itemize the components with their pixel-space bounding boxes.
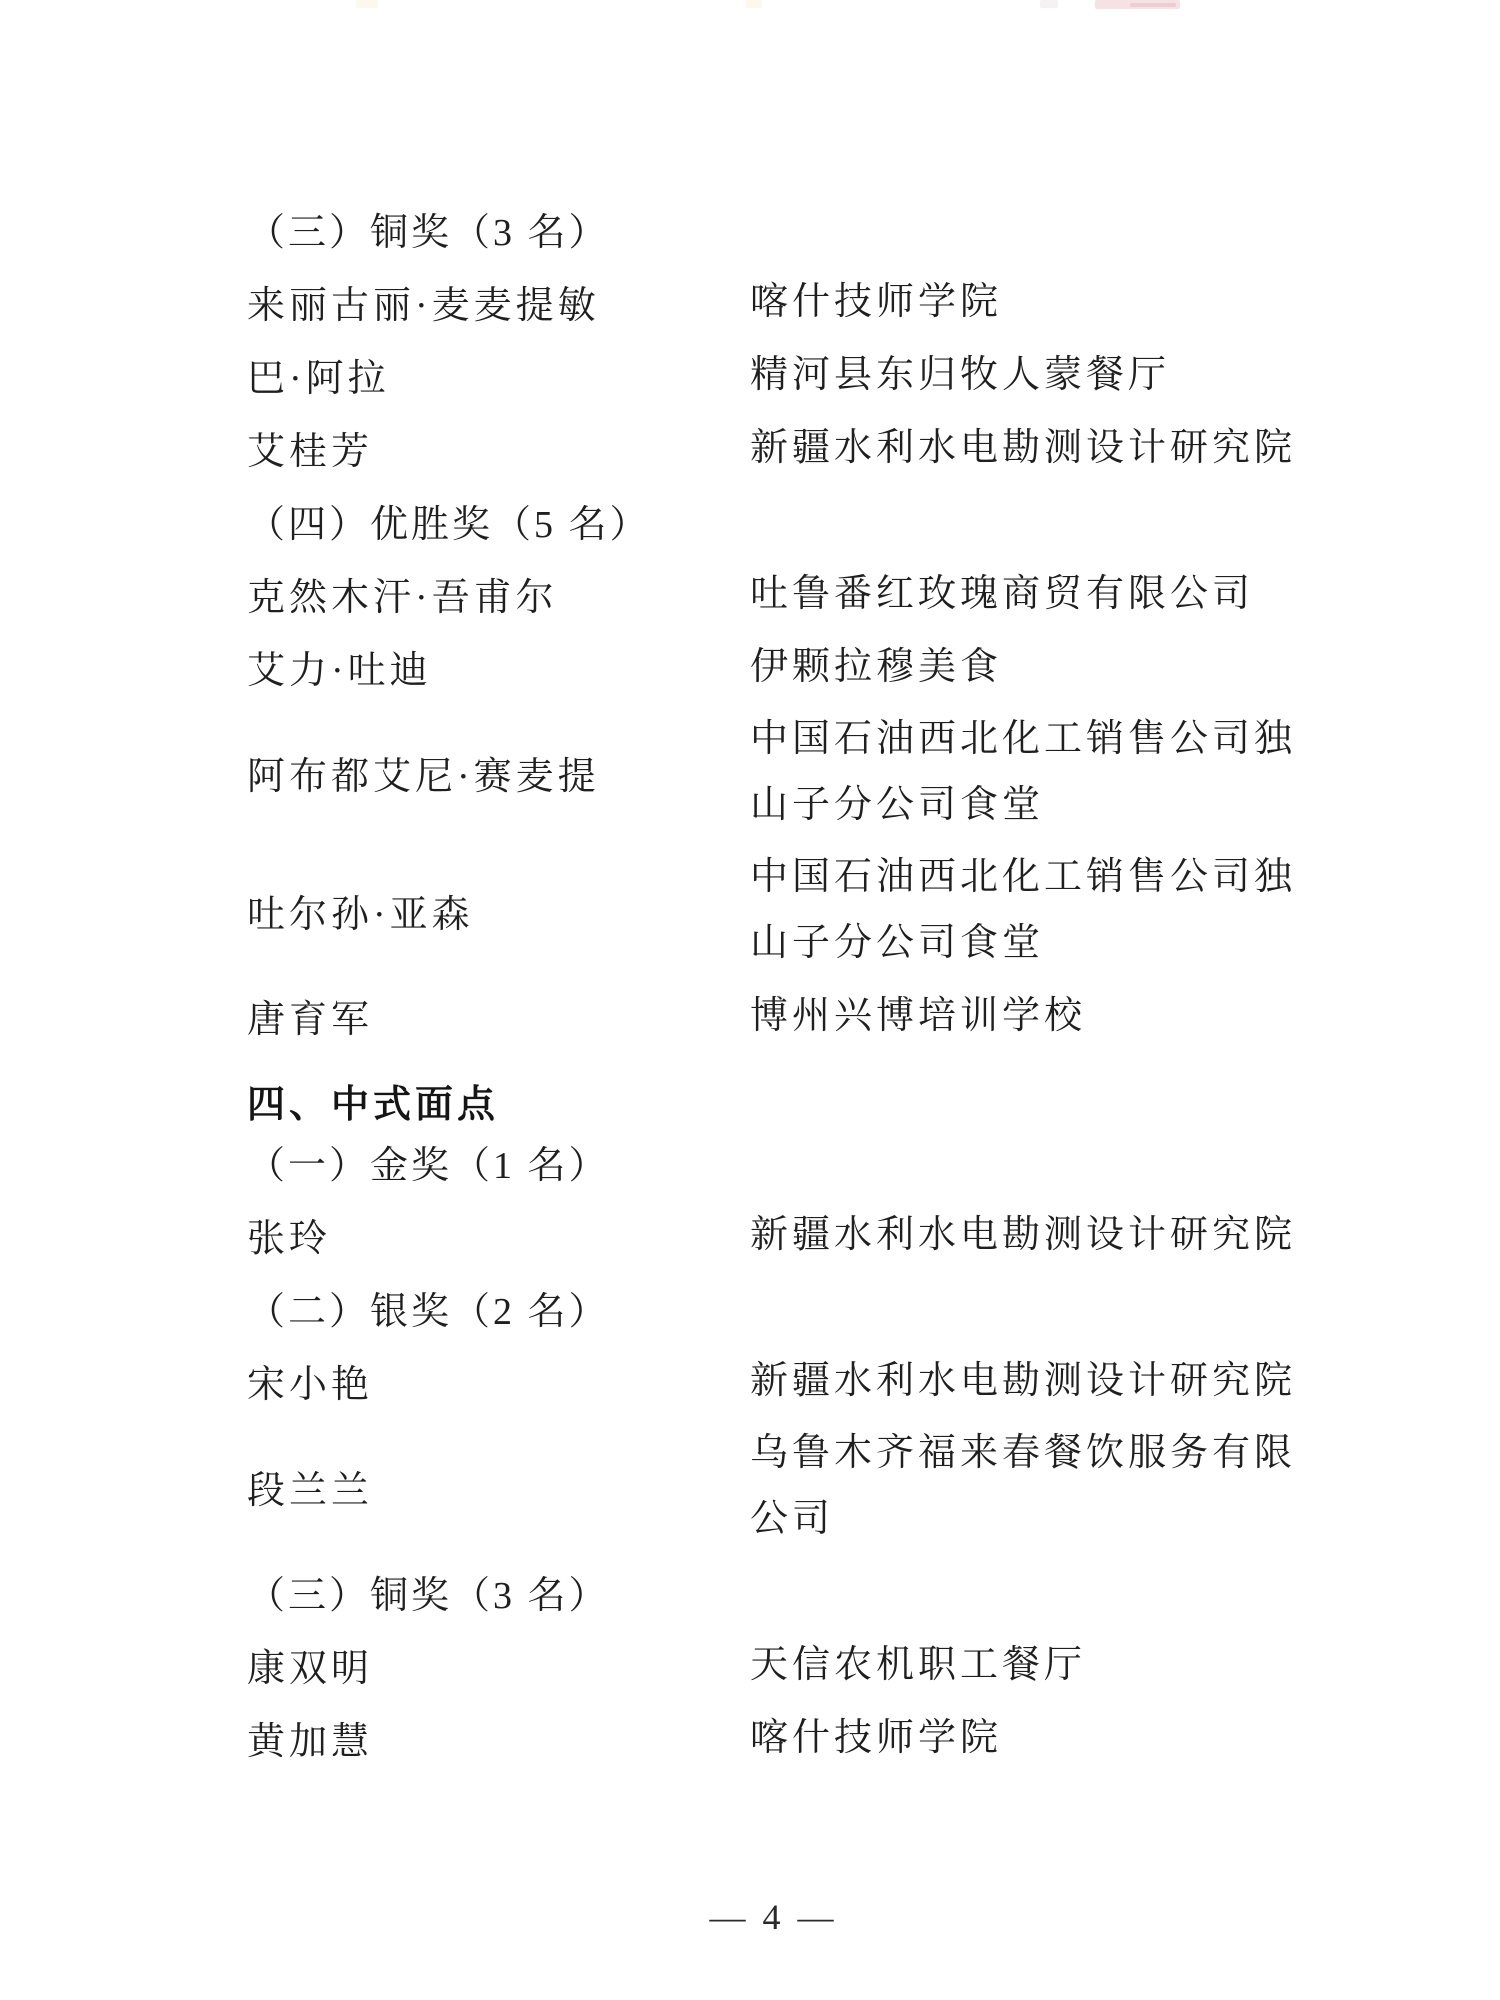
winner-organization: 吐鲁番红玫瑰商贸有限公司 — [750, 558, 1300, 630]
scan-artifact — [356, 0, 378, 8]
award-row: 唐育军 博州兴博培训学校 — [247, 979, 1300, 1052]
winner-name: 来丽古丽·麦麦提敏 — [247, 274, 750, 329]
winner-organization: 中国石油西北化工销售公司独 山子分公司食堂 — [750, 841, 1300, 979]
award-row: 艾力·吐迪 伊颗拉穆美食 — [247, 630, 1300, 703]
scan-artifact — [1040, 0, 1058, 8]
winner-organization: 乌鲁木齐福来春餐饮服务有限 公司 — [750, 1417, 1300, 1555]
winner-name: 宋小艳 — [247, 1353, 750, 1408]
scan-artifact — [746, 0, 762, 8]
winner-organization: 精河县东归牧人蒙餐厅 — [750, 339, 1300, 411]
winner-name: 巴·阿拉 — [247, 347, 750, 402]
winner-organization: 新疆水利水电勘测设计研究院 — [750, 1345, 1300, 1417]
award-row: 克然木汗·吾甫尔 吐鲁番红玫瑰商贸有限公司 — [247, 557, 1300, 630]
winner-name: 艾力·吐迪 — [247, 639, 750, 694]
award-row: 段兰兰 乌鲁木齐福来春餐饮服务有限 公司 — [247, 1417, 1300, 1555]
award-row: 康双明 天信农机职工餐厅 — [247, 1628, 1300, 1701]
chapter-heading: 四、中式面点 — [247, 1052, 1300, 1125]
winner-name: 克然木汗·吾甫尔 — [247, 566, 750, 621]
award-row: 吐尔孙·亚森 中国石油西北化工销售公司独 山子分公司食堂 — [247, 841, 1300, 979]
winner-organization: 博州兴博培训学校 — [750, 980, 1300, 1052]
winner-name: 吐尔孙·亚森 — [247, 883, 750, 938]
winner-name: 段兰兰 — [247, 1459, 750, 1514]
scan-artifact — [1130, 3, 1176, 7]
award-row: 黄加慧 喀什技师学院 — [247, 1701, 1300, 1774]
award-row: 来丽古丽·麦麦提敏 喀什技师学院 — [247, 265, 1300, 338]
winner-name: 康双明 — [247, 1637, 750, 1692]
section-heading-label: （二）银奖（2 名） — [247, 1280, 610, 1335]
winner-name: 阿布都艾尼·赛麦提 — [247, 745, 750, 800]
winner-name: 艾桂芳 — [247, 420, 750, 475]
award-row: 宋小艳 新疆水利水电勘测设计研究院 — [247, 1344, 1300, 1417]
award-row: 艾桂芳 新疆水利水电勘测设计研究院 — [247, 411, 1300, 484]
page-number: — 4 — — [247, 1893, 1300, 1941]
winner-organization: 新疆水利水电勘测设计研究院 — [750, 412, 1300, 484]
winner-name: 黄加慧 — [247, 1710, 750, 1765]
section-heading-label: （四）优胜奖（5 名） — [247, 493, 651, 548]
winner-organization: 新疆水利水电勘测设计研究院 — [750, 1199, 1300, 1271]
document-page: （三）铜奖（3 名） 来丽古丽·麦麦提敏 喀什技师学院 巴·阿拉 精河县东归牧人… — [0, 0, 1500, 2000]
winner-organization: 伊颗拉穆美食 — [750, 631, 1300, 703]
winner-name: 唐育军 — [247, 988, 750, 1043]
section-heading: （三）铜奖（3 名） — [247, 192, 1300, 265]
winner-organization: 天信农机职工餐厅 — [750, 1629, 1300, 1701]
award-row: 阿布都艾尼·赛麦提 中国石油西北化工销售公司独 山子分公司食堂 — [247, 703, 1300, 841]
award-row: 巴·阿拉 精河县东归牧人蒙餐厅 — [247, 338, 1300, 411]
section-heading: （三）铜奖（3 名） — [247, 1555, 1300, 1628]
section-heading-label: （一）金奖（1 名） — [247, 1134, 610, 1189]
section-heading: （一）金奖（1 名） — [247, 1125, 1300, 1198]
winner-organization: 喀什技师学院 — [750, 266, 1300, 338]
chapter-heading-label: 四、中式面点 — [247, 1073, 499, 1128]
section-heading: （四）优胜奖（5 名） — [247, 484, 1300, 557]
section-heading: （二）银奖（2 名） — [247, 1271, 1300, 1344]
section-heading-label: （三）铜奖（3 名） — [247, 1564, 610, 1619]
award-row: 张玲 新疆水利水电勘测设计研究院 — [247, 1198, 1300, 1271]
winner-name: 张玲 — [247, 1207, 750, 1262]
winner-organization: 中国石油西北化工销售公司独 山子分公司食堂 — [750, 703, 1300, 841]
award-list: （三）铜奖（3 名） 来丽古丽·麦麦提敏 喀什技师学院 巴·阿拉 精河县东归牧人… — [247, 192, 1300, 1774]
section-heading-label: （三）铜奖（3 名） — [247, 201, 610, 256]
winner-organization: 喀什技师学院 — [750, 1702, 1300, 1774]
